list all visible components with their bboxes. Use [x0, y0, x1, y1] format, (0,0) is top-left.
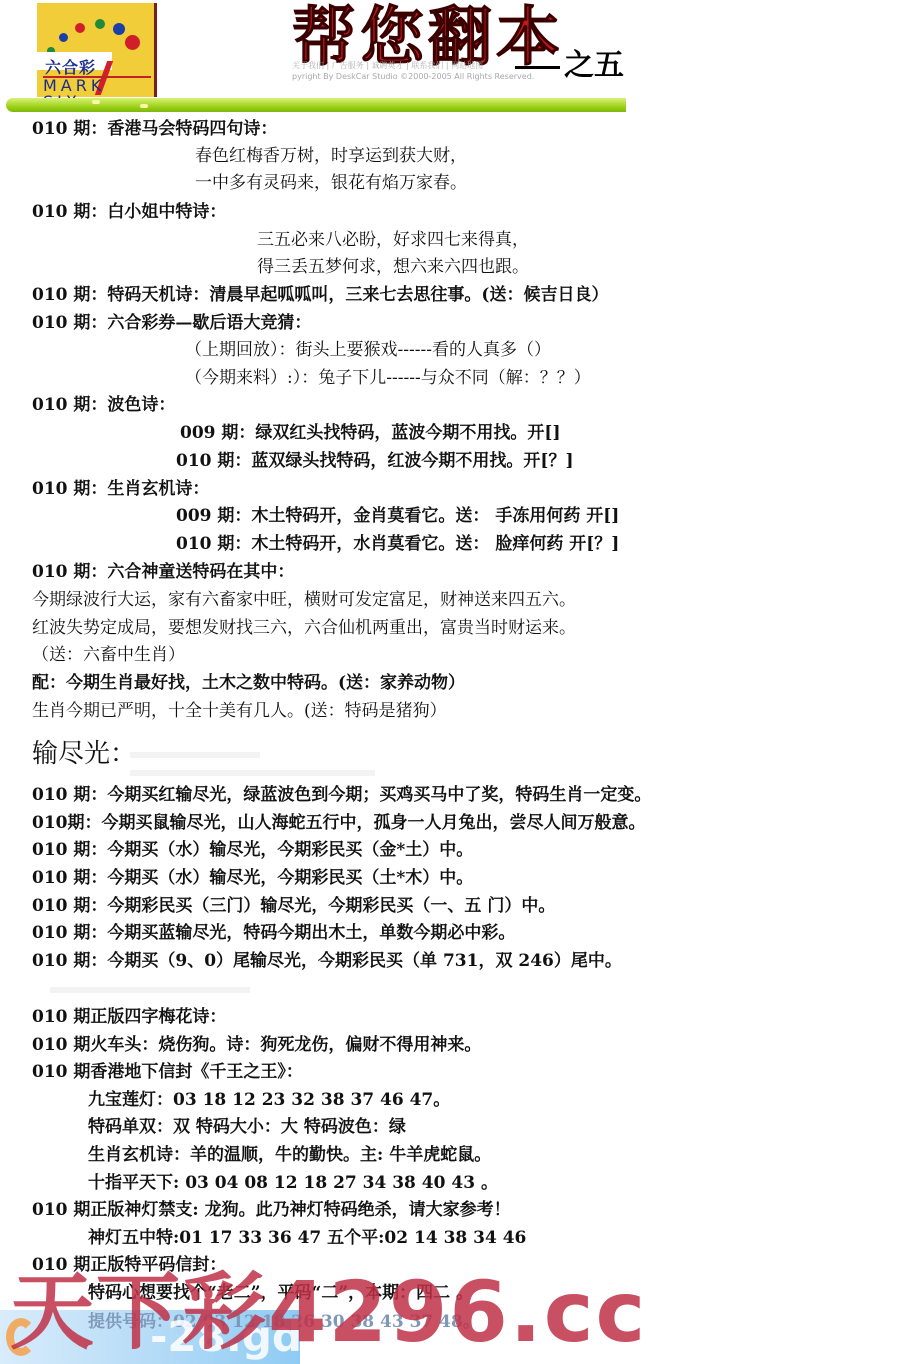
ball-icon: [59, 33, 68, 42]
dash-divider: [515, 66, 560, 69]
shentong-line: 配：今期生肖最好找，土木之数中特码。(送：家养动物）: [32, 671, 465, 695]
faded-text: [130, 770, 375, 776]
wave-poem-line: 009 期：绿双红头找特码，蓝波今期不用找。开[]: [180, 421, 561, 445]
watermark-main: 天下彩4296.cc: [10, 1262, 647, 1362]
qianwang-line: 十指平天下: 03 04 08 12 18 27 34 38 40 43 。: [88, 1171, 498, 1195]
zodiac-poem-line: 009 期：木土特码开，金肖莫看它。送： 手冻用何药 开[]: [176, 504, 619, 528]
plum-line: 010 期香港地下信封《千王之王》：: [32, 1060, 303, 1084]
shentong-line: 红波失势定成局，要想发财找三六，六合仙机两重出，富贵当时财运来。: [32, 616, 576, 640]
section-heading-tianji: 010 期：特码天机诗：清晨早起呱呱叫，三来七去思往事。(送：候吉日良）: [32, 283, 608, 307]
copyright-links: 关于我们 | 广告服务 | 诚聘英才 | 联系我们 | 网站地图: [292, 60, 483, 71]
shentong-line: 今期绿波行大运，家有六畜家中旺，横财可发定富足，财神送来四五六。: [32, 588, 576, 612]
section-heading-zodiac-poem: 010 期：生肖玄机诗：: [32, 477, 209, 501]
ball-icon: [125, 35, 140, 50]
plum-line: 010 期正版四字梅花诗：: [32, 1005, 226, 1029]
lose-all-line: 010 期：今期买（水）输尽光，今期彩民买（金*土）中。: [32, 838, 473, 862]
ball-icon: [113, 23, 125, 35]
mark-six-logo: 六合彩 MARK SIX: [37, 3, 157, 97]
decor-dot: [140, 104, 148, 108]
lose-all-line: 010 期：今期买（9、0）尾输尽光，今期彩民买（单 731，双 246）尾中。: [32, 949, 622, 973]
poem-line: 得三丢五梦何求，想六来六四也跟。: [257, 255, 529, 279]
section-heading-lose-all: 输尽光：: [32, 738, 136, 770]
ball-icon: [95, 19, 105, 29]
qianwang-line: 生肖玄机诗：羊的温顺，牛的勤快。主: 牛羊虎蛇鼠。: [88, 1143, 491, 1167]
section-heading-wave-poem: 010 期：波色诗：: [32, 393, 175, 417]
wave-poem-line: 010 期：蓝双绿头找特码，红波今期不用找。开[？]: [176, 449, 574, 473]
plum-line: 010 期火车头：烧伤狗。诗：狗死龙伤，偏财不得用神来。: [32, 1033, 481, 1057]
shentong-line: 生肖今期已严明，十全十美有几人。(送：特码是猪狗）: [32, 699, 447, 723]
decor-dot: [92, 100, 100, 104]
zodiac-poem-line: 010 期：木土特码开，水肖莫看它。送： 脸痒何药 开[？]: [176, 532, 619, 556]
section-heading-shendeng: 010 期正版神灯禁支: 龙狗。此乃神灯特码绝杀，请大家参考！: [32, 1198, 511, 1222]
lose-all-line: 010 期：今期买蓝输尽光，特码今期出木土，单数今期必中彩。: [32, 921, 515, 945]
lose-all-line: 010 期：今期彩民买（三门）输尽光，今期彩民买（一、五 门）中。: [32, 894, 555, 918]
poem-line: 一中多有灵码来，银花有焰万家春。: [195, 171, 467, 195]
page-subtitle: 之五: [515, 46, 624, 86]
poem-line: 春色红梅香万树，时享运到获大财，: [195, 144, 467, 168]
qianwang-line: 特码单双：双 特码大小：大 特码波色：绿: [88, 1115, 406, 1139]
section-heading-riddle: 010 期：六合彩券—歇后语大竞猜：: [32, 311, 311, 335]
section-heading-shentong: 010 期：六合神童送特码在其中：: [32, 560, 294, 584]
copyright-text: pyright By DeskCar Studio ©2000-2005 All…: [292, 72, 534, 81]
riddle-line: （今期来料）:）：兔子下儿------与众不同（解：？？）: [185, 366, 591, 390]
section-heading-hk-poem: 010 期：香港马会特码四句诗：: [32, 117, 277, 141]
shendeng-line: 神灯五中特:01 17 33 36 47 五个平:02 14 38 34 46: [88, 1226, 526, 1250]
logo-cn-text: 六合彩: [45, 55, 96, 78]
lose-all-line: 010 期：今期买（水）输尽光，今期彩民买（土*木）中。: [32, 866, 473, 890]
faded-text: [130, 752, 260, 758]
lose-all-line: 010 期：今期买红输尽光，绿蓝波色到今期；买鸡买马中了奖，特码生肖一定变。: [32, 783, 651, 807]
shentong-line: （送：六畜中生肖）: [32, 643, 185, 667]
poem-line: 三五必来八必盼，好求四七来得真，: [257, 228, 529, 252]
lose-all-line: 010期：今期买鼠输尽光，山人海蛇五行中，孤身一人月兔出，尝尽人间万般意。: [32, 811, 645, 835]
qianwang-line: 九宝莲灯：03 18 12 23 32 38 37 46 47。: [88, 1088, 450, 1112]
riddle-line: （上期回放）：街头上要猴戏------看的人真多（）: [185, 338, 551, 362]
ball-icon: [75, 23, 85, 33]
faded-text: [50, 987, 250, 993]
section-heading-miss-bai: 010 期：白小姐中特诗：: [32, 200, 226, 224]
